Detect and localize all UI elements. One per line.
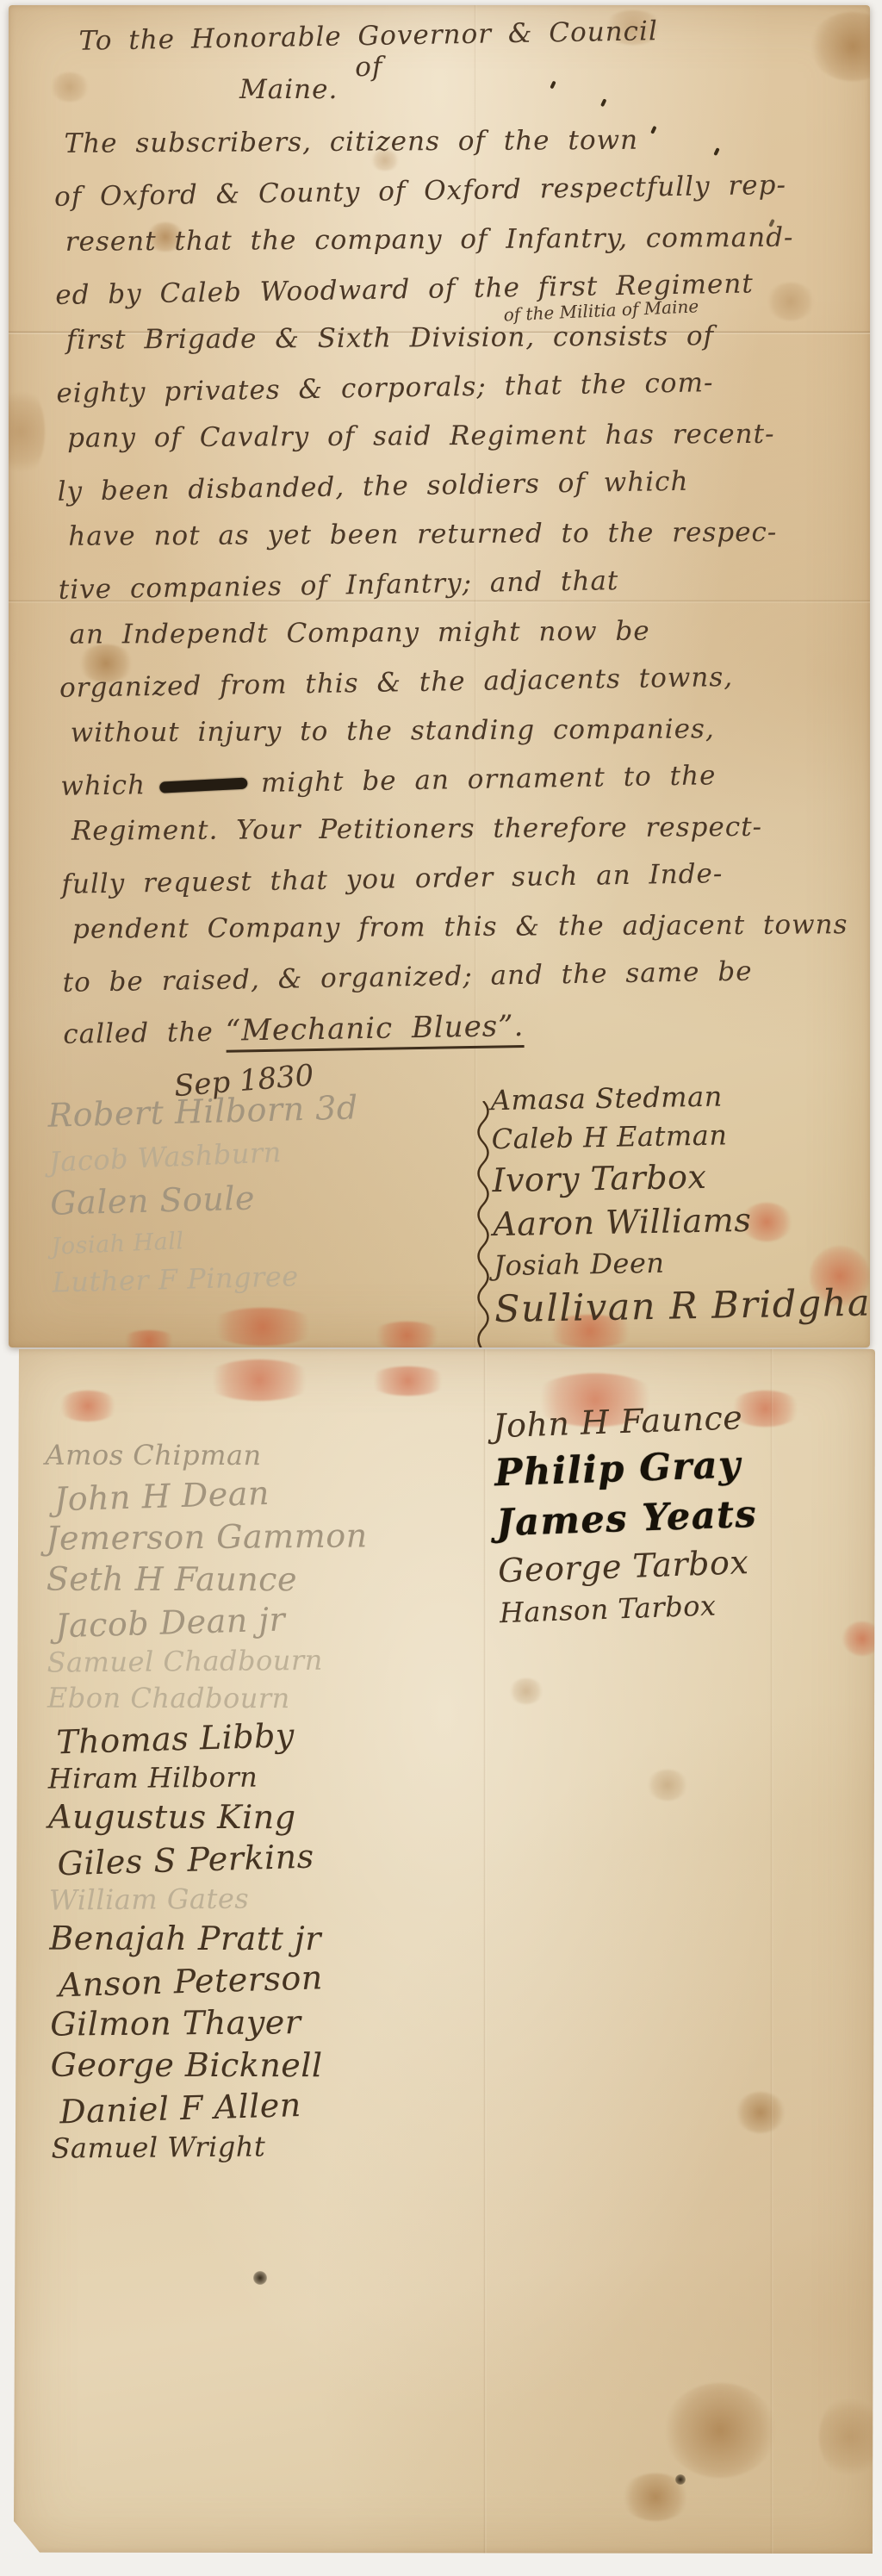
crossed-out-word [159,778,248,793]
signature: Giles S Perkins [57,1836,370,1883]
signature: Amasa Stedman [491,1077,870,1117]
fold-crease [483,1349,487,2554]
signature: George Bicknell [51,2046,372,2085]
scanned-petition-document: To the Honorable Governor & Council of M… [0,0,882,2576]
stain [736,2092,786,2133]
signature: Seth H Faunce [47,1560,368,1599]
stain [647,1770,688,1801]
petition-page-1: To the Honorable Governor & Council of M… [9,5,870,1347]
signature: Benajah Pratt jr [49,1920,370,1958]
signature-column-page1-right: Amasa StedmanCaleb H EatmanIvory TarboxA… [491,1077,870,1331]
signature: Jacob Dean jr [55,1598,369,1646]
petition-paragraph-1: The subscribers, citizens of the townof … [53,121,870,768]
petition-line: tive companies of Infantry; and that [59,561,870,624]
petition-line: pany of Cavalry of said Regiment has rec… [67,418,870,472]
document-title-line2: Maine. [239,74,338,105]
stain [819,2396,875,2478]
petition-line: first Brigade & Sixth Division, consists… [66,320,870,374]
signature: Jemerson Gammon [46,1516,368,1557]
signature-column-page2-right: John H FauncePhilip GrayJames YeatsGeorg… [493,1398,761,1629]
signature: Ivory Tarbox [492,1154,870,1199]
signature: Ebon Chadbourn [47,1682,369,1715]
signature: Gilmon Thayer [50,2002,372,2043]
signature: Anson Peterson [58,1957,371,2005]
petition-line: without injury to the standing companies… [71,712,870,767]
document-title-line1: To the Honorable Governor & Council of [75,16,661,88]
petition-line: pendent Company from this & the adjacent… [72,909,870,963]
signature: Samuel Chadbourn [47,1643,369,1678]
ink-blot [253,2271,267,2285]
petition-line: resent that the company of Infantry, com… [65,221,870,276]
red-stain [121,1330,177,1347]
stain [664,2383,776,2478]
petition-line: Regiment. Your Petitioners therefore res… [71,811,870,865]
signature-column-page1-left: Robert Hilborn 3dJacob WashburnGalen Sou… [47,1088,363,1298]
petition-line: ed by Caleb Woodward of the first Regime… [55,266,870,329]
petition-body: of the Militia of Maine The subscribers,… [53,121,870,1063]
petition-line: The subscribers, citizens of the town [64,123,870,177]
signature: Samuel Wright [51,2129,373,2164]
signature-column-page2-left: Amos ChipmanJohn H DeanJemerson GammonSe… [45,1437,373,2164]
signature: Amos Chipman [45,1439,366,1472]
petition-page-2: Amos ChipmanJohn H DeanJemerson GammonSe… [14,1349,875,2554]
signature: William Gates [49,1881,371,1916]
signature: Hiram Hilborn [48,1759,370,1795]
signature: Hanson Tarbox [499,1588,761,1630]
petition-paragraph-2: Regiment. Your Petitioners therefore res… [61,809,870,1014]
signature: Galen Soule [50,1176,361,1222]
signature: Robert Hilborn 3d [47,1088,358,1134]
red-stain [367,1366,449,1396]
signature: Aaron Williams [493,1198,870,1243]
signature: Philip Gray [494,1443,756,1496]
red-stain [203,1360,315,1401]
fold-crease [770,1349,773,2554]
petition-line: have not as yet been returned to the res… [68,516,870,570]
stain [9,384,45,479]
signature: Luther F Pingree [52,1258,363,1298]
red-stain [57,1391,119,1422]
signature: Jacob Washburn [48,1132,360,1179]
signature: Caleb H Eatman [491,1116,870,1155]
stain [810,12,870,81]
signature: Augustus King [48,1798,370,1837]
signature: George Tarbox [497,1543,759,1590]
signature: Josiah Deen [494,1242,870,1282]
red-stain [370,1322,444,1347]
red-stain [842,1621,875,1656]
signature: Sullivan R Bridgham [494,1281,870,1331]
stain [509,1678,543,1704]
petition-line: organized from this & the adjacents town… [59,659,870,722]
signature: James Yeats [495,1493,758,1546]
signature: John H Faunce [493,1398,755,1446]
signature: Thomas Libby [56,1714,370,1762]
red-stain [207,1308,319,1346]
petition-line: eighty privates & corporals; that the co… [56,364,870,427]
signature: Josiah Hall [51,1220,362,1260]
petition-line: ly been disbanded, the soldiers of which [57,463,870,526]
ink-specks [550,81,556,90]
company-name: “Mechanic Blues”. [225,1009,524,1053]
ink-blot [675,2474,686,2485]
signature: Daniel F Allen [59,2084,373,2131]
signature: John H Dean [53,1472,367,1519]
petition-line: fully request that you order such an Ind… [61,856,870,918]
stain [621,2473,690,2521]
petition-line: an Independt Company might now be [69,614,870,669]
